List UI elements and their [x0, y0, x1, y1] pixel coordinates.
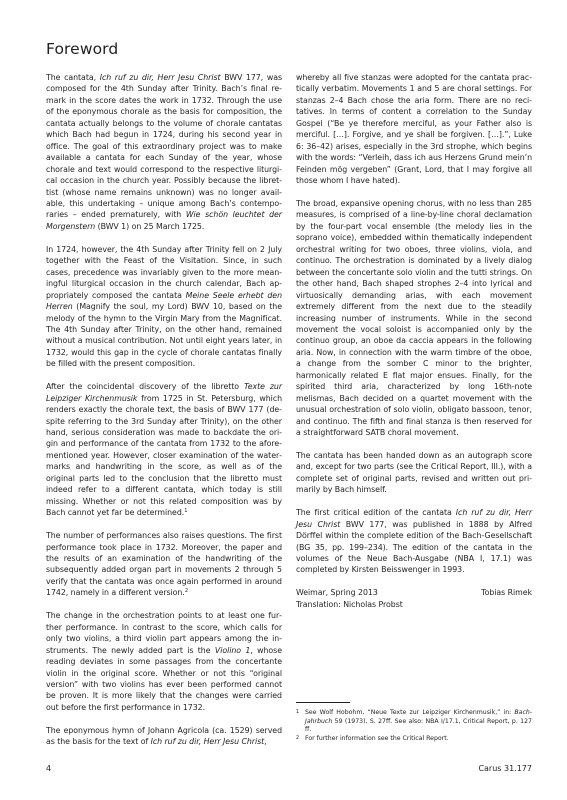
page-title: Foreword: [46, 40, 118, 58]
paragraph: In 1724, however, the 4th Sunday after T…: [46, 244, 282, 370]
paragraph: The cantata has been handed down as an a…: [296, 450, 532, 496]
paragraph: The first critical edition of the cantat…: [296, 507, 532, 576]
place-date: Weimar, Spring 2013: [296, 587, 378, 598]
catalog-number: Carus 31.177: [478, 764, 532, 773]
translator: Translation: Nicholas Probst: [296, 599, 532, 610]
footnote-1: 1 See Wolf Hobohm, “Neue Texte zur Leipz…: [296, 709, 532, 735]
paragraph: The number of performances also raises q…: [46, 530, 282, 599]
paragraph: The broad, expansive opening chorus, wit…: [296, 198, 532, 439]
paragraph: After the coincidental discovery of the …: [46, 381, 282, 518]
signature-block: Weimar, Spring 2013 Tobias Rimek Transla…: [296, 587, 532, 610]
paragraph: whereby all five stanzas were adopted fo…: [296, 72, 532, 187]
footnote-ref[interactable]: 1: [184, 508, 187, 514]
footnotes: 1 See Wolf Hobohm, “Neue Texte zur Leipz…: [296, 702, 532, 743]
paragraph: The cantata, Ich ruf zu dir, Herr Jesu C…: [46, 72, 282, 232]
author: Tobias Rimek: [481, 587, 532, 598]
paragraph: The change in the orchestration points t…: [46, 610, 282, 713]
paragraph: The eponymous hymn of Johann Agricola (c…: [46, 725, 282, 748]
footnote-divider: [296, 702, 350, 703]
right-column: whereby all five stanzas were adopted fo…: [296, 72, 532, 610]
footnote-ref[interactable]: 2: [185, 588, 188, 594]
page-number: 4: [46, 764, 51, 773]
left-column: The cantata, Ich ruf zu dir, Herr Jesu C…: [46, 72, 282, 748]
footnote-2: 2 For further information see the Critic…: [296, 735, 532, 744]
